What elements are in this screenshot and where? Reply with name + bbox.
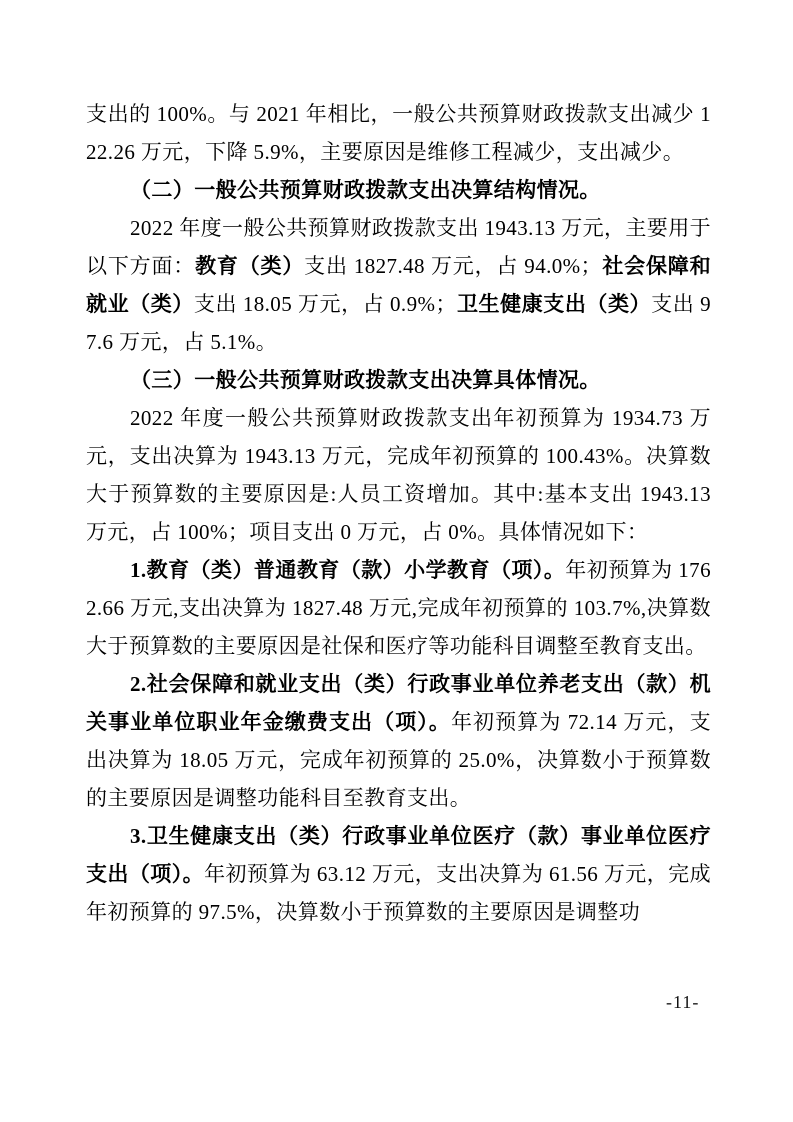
text-run: 1.教育（类）普通教育（款）小学教育（项）。 <box>130 558 565 582</box>
text-run: （三）一般公共预算财政拨款支出决算具体情况。 <box>130 368 601 392</box>
text-run: 支出 1827.48 万元，占 94.0%； <box>304 254 602 278</box>
item-3-health: 3.卫生健康支出（类）行政事业单位医疗（款）事业单位医疗支出（项）。年初预算为 … <box>86 817 711 931</box>
text-run: 教育（类） <box>195 254 304 278</box>
page-number: -11- <box>666 992 699 1012</box>
text-run: 支出 18.05 万元，占 0.9%； <box>194 292 457 316</box>
text-run: 支出的 100%。与 2021 年相比，一般公共预算财政拨款支出减少 122.2… <box>86 102 711 164</box>
paragraph-continuation-2021-comparison: 支出的 100%。与 2021 年相比，一般公共预算财政拨款支出减少 122.2… <box>86 95 711 171</box>
paragraph-budget-overview: 2022 年度一般公共预算财政拨款支出年初预算为 1934.73 万元，支出决算… <box>86 399 711 551</box>
text-run: （二）一般公共预算财政拨款支出决算结构情况。 <box>130 178 601 202</box>
document-page: 支出的 100%。与 2021 年相比，一般公共预算财政拨款支出减少 122.2… <box>0 0 793 1122</box>
document-body: 支出的 100%。与 2021 年相比，一般公共预算财政拨款支出减少 122.2… <box>86 95 711 931</box>
paragraph-expenditure-structure: 2022 年度一般公共预算财政拨款支出 1943.13 万元，主要用于以下方面：… <box>86 209 711 361</box>
section-heading-2: （二）一般公共预算财政拨款支出决算结构情况。 <box>86 171 711 209</box>
text-run: 2022 年度一般公共预算财政拨款支出年初预算为 1934.73 万元，支出决算… <box>86 406 711 544</box>
text-run: 卫生健康支出（类） <box>457 292 651 316</box>
item-1-education: 1.教育（类）普通教育（款）小学教育（项）。年初预算为 1762.66 万元,支… <box>86 551 711 665</box>
section-heading-3: （三）一般公共预算财政拨款支出决算具体情况。 <box>86 361 711 399</box>
item-2-social-security: 2.社会保障和就业支出（类）行政事业单位养老支出（款）机关事业单位职业年金缴费支… <box>86 665 711 817</box>
